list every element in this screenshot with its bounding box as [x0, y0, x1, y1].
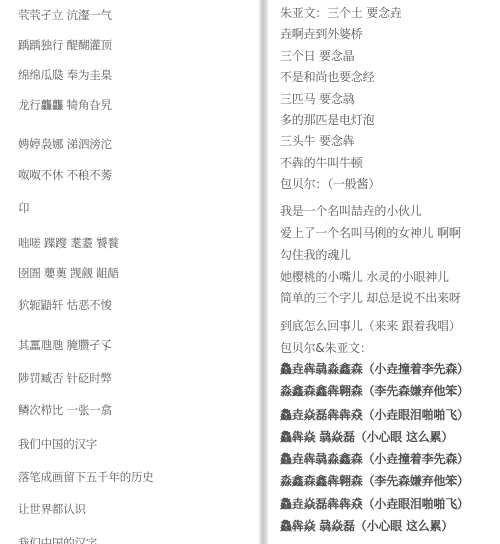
right-line: 勾住我的魂儿 [280, 248, 351, 262]
right-line: 鱻犇焱 骉焱磊（小心眼 这么累） [280, 519, 453, 533]
right-line: 鱻垚焱磊犇犇猋（小垚眼泪啪啪飞） [280, 408, 469, 422]
left-page: 茕茕孑立 沆瀣一气 踽踽独行 醍醐灌顶 绵绵瓜瓞 奉为圭臬 龙行龘龘 犄角旮旯 … [0, 0, 260, 544]
right-line: 鱻犇焱 骉焱磊（小心眼 这么累） [280, 430, 453, 444]
right-line: 不犇的牛叫牛顿 [280, 156, 363, 170]
left-line: 其靁虺虺 腌臜孑孓 [18, 338, 112, 352]
right-line: 到底怎么回事儿（来来 跟着我唱） [280, 319, 461, 333]
right-line: 三个日 要念晶 [280, 49, 354, 63]
right-line: 我是一个名叫喆垚的小伙儿 [280, 204, 422, 218]
right-line: 三头牛 要念犇 [280, 134, 354, 148]
left-line: 让世界都认识 [18, 502, 86, 516]
right-line: 三匹马 要念骉 [280, 92, 354, 106]
left-line: 我们中国的汉字 [18, 437, 97, 451]
left-line: 绵绵瓜瓞 奉为圭臬 [18, 68, 112, 82]
right-line: 爱上了一个名叫马俐的女神儿 啊啊 [280, 226, 461, 240]
left-line: 踽踽独行 醍醐灌顶 [18, 38, 112, 52]
left-line: 狖轭鼯轩 怙恶不悛 [18, 298, 112, 312]
right-line: 垚啊垚到外婆桥 [280, 27, 363, 41]
right-line: 鱻垚焱磊犇犇猋（小垚眼泪啪啪飞） [280, 497, 469, 511]
right-line: 淼鑫森鑫犇翱森（李先森嫌弃他笨） [280, 384, 469, 398]
left-line: 娉婷袅娜 涕泗滂沱 [18, 137, 112, 151]
left-line: 陟罚臧否 针砭时弊 [18, 371, 112, 385]
right-page: 朱亚文：三个土 要念垚 垚啊垚到外婆桥 三个日 要念晶 不是和尚也要念经 三匹马… [268, 0, 500, 544]
right-line: 她樱桃的小嘴儿 水灵的小眼神儿 [280, 270, 449, 284]
right-line: 简单的三个字儿 却总是说不出来呀 [280, 291, 461, 305]
left-line: 囹圄 蘡薁 觊觎 龃龉 [18, 266, 119, 280]
right-line: 朱亚文：三个土 要念垚 [280, 6, 402, 20]
right-line: 包贝尔&朱亚文： [280, 341, 372, 355]
left-line: 咄嗟 蹀躞 耄耋 饕餮 [18, 236, 119, 250]
left-line: 鳞次栉比 一张一翕 [18, 403, 112, 417]
right-line: 多的那匹是电灯泡 [280, 113, 374, 127]
right-line: 不是和尚也要念经 [280, 70, 374, 84]
right-line: 鱻垚犇骉淼鑫森（小垚撞着李先森） [280, 452, 469, 466]
left-line: 龙行龘龘 犄角旮旯 [18, 98, 112, 112]
left-line: 卬 [18, 201, 29, 215]
left-line: 我们中国的汉字 [18, 536, 97, 544]
left-line: 落笔成画留下五千年的历史 [18, 470, 154, 484]
right-line: 鱻垚犇骉淼鑫森（小垚撞着李先森） [280, 362, 469, 376]
right-line: 包贝尔：（一般酱） [280, 177, 380, 191]
left-line: 茕茕孑立 沆瀣一气 [18, 8, 112, 22]
left-line: 呶呶不休 不稂不莠 [18, 168, 112, 182]
right-line: 淼鑫森鑫犇翱森（李先森嫌弃他笨） [280, 474, 469, 488]
